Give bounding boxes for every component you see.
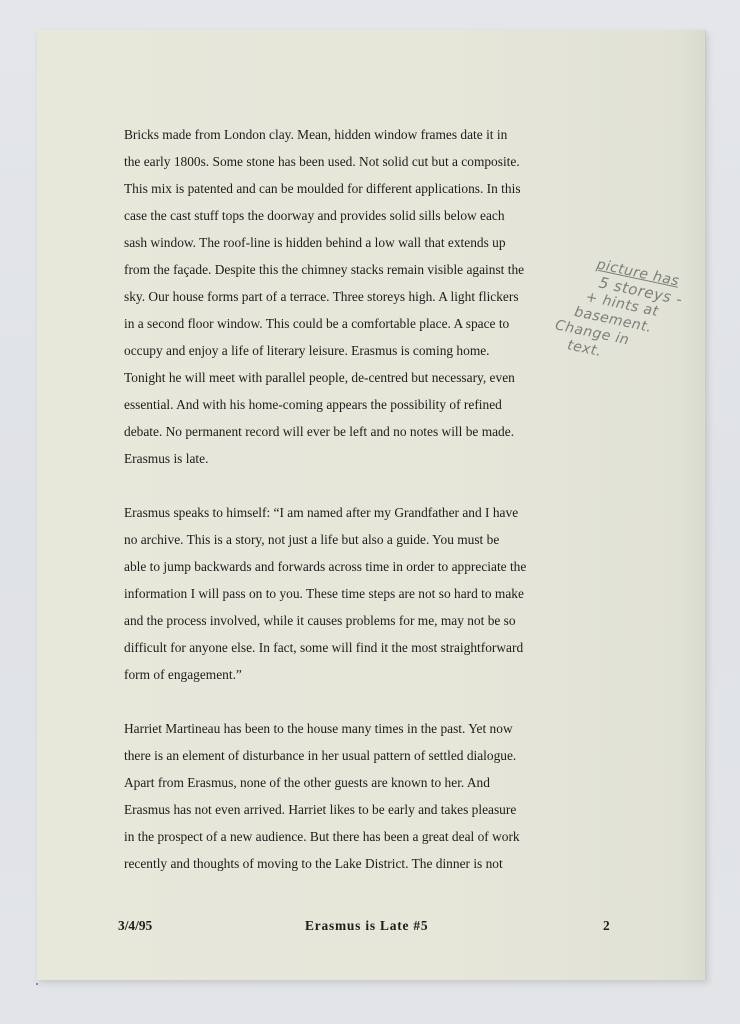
text-line: there is an element of disturbance in he… <box>124 742 544 769</box>
text-line: Erasmus speaks to himself: “I am named a… <box>124 499 544 526</box>
text-line: form of engagement.” <box>124 661 544 688</box>
text-line: debate. No permanent record will ever be… <box>124 418 544 445</box>
text-line: information I will pass on to you. These… <box>124 580 544 607</box>
text-line: essential. And with his home-coming appe… <box>124 391 544 418</box>
text-line: able to jump backwards and forwards acro… <box>124 553 544 580</box>
text-line: This mix is patented and can be moulded … <box>124 175 544 202</box>
text-line: Harriet Martineau has been to the house … <box>124 715 544 742</box>
text-line: occupy and enjoy a life of literary leis… <box>124 337 544 364</box>
text-line: Bricks made from London clay. Mean, hidd… <box>124 121 544 148</box>
text-line: from the façade. Despite this the chimne… <box>124 256 544 283</box>
text-line: Tonight he will meet with parallel peopl… <box>124 364 544 391</box>
page-number: 2 <box>603 918 610 934</box>
text-line: Apart from Erasmus, none of the other gu… <box>124 769 544 796</box>
handwritten-annotation: picture has 5 storeys - + hints at basem… <box>556 252 704 379</box>
text-line: sash window. The roof-line is hidden beh… <box>124 229 544 256</box>
speck <box>36 983 38 985</box>
text-line: sky. Our house forms part of a terrace. … <box>124 283 544 310</box>
text-line: recently and thoughts of moving to the L… <box>124 850 544 877</box>
body-text: Bricks made from London clay. Mean, hidd… <box>124 121 544 904</box>
paragraph-2: Erasmus speaks to himself: “I am named a… <box>124 499 544 688</box>
text-line: no archive. This is a story, not just a … <box>124 526 544 553</box>
paragraph-1: Bricks made from London clay. Mean, hidd… <box>124 121 544 472</box>
document-page: Bricks made from London clay. Mean, hidd… <box>37 30 706 980</box>
text-line: the early 1800s. Some stone has been use… <box>124 148 544 175</box>
text-line: in a second floor window. This could be … <box>124 310 544 337</box>
paragraph-3: Harriet Martineau has been to the house … <box>124 715 544 877</box>
text-line: Erasmus is late. <box>124 445 544 472</box>
text-line: Erasmus has not even arrived. Harriet li… <box>124 796 544 823</box>
text-line: and the process involved, while it cause… <box>124 607 544 634</box>
text-line: in the prospect of a new audience. But t… <box>124 823 544 850</box>
text-line: case the cast stuff tops the doorway and… <box>124 202 544 229</box>
footer-title: Erasmus is Late #5 <box>305 918 428 934</box>
text-line: difficult for anyone else. In fact, some… <box>124 634 544 661</box>
footer-date: 3/4/95 <box>118 918 152 934</box>
